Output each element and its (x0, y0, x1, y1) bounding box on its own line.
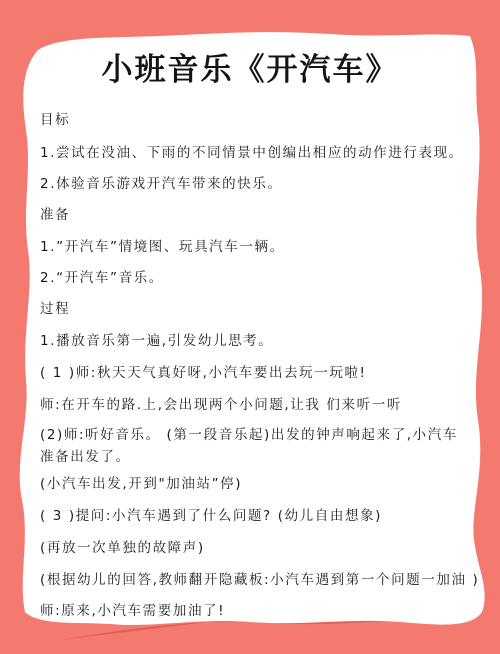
section-heading-process: 过程 (40, 297, 70, 317)
process-item-4: (2)师:听好音乐。 (第一段音乐起)出发的钟声响起来了,小汽车准备出发了。 (40, 424, 460, 468)
preparation-item-1: 1.”开汽车”情境图、玩具汽车一辆。 (40, 235, 285, 255)
preparation-item-2: 2.“开汽车”音乐。 (40, 266, 164, 286)
page-title: 小班音乐《开汽车》 (30, 48, 470, 92)
process-item-8: (根据幼儿的回答,教师翻开隐藏板:小汽车遇到第一个问题一加油 ) (40, 568, 479, 588)
process-item-7: (再放一次单独的故障声) (40, 536, 205, 556)
process-item-2: ( 1 )师:秋天天气真好呀,小汽车要出去玩一玩啦! (40, 361, 367, 381)
section-heading-goals: 目标 (40, 108, 70, 128)
document-content: 小班音乐《开汽车》 (40, 48, 470, 92)
process-item-3: 师:在开车的路.上,会出现两个小问题,让我 们来听一听 (40, 393, 402, 413)
goal-item-1: 1.尝试在没油、下雨的不同情景中创编出相应的动作进行表现。 (40, 141, 464, 161)
process-item-6: ( 3 )提问:小汽车遇到了什么问题? (幼儿自由想象) (40, 504, 382, 524)
goal-item-2: 2.体验音乐游戏开汽车带来的快乐。 (40, 172, 283, 192)
process-item-1: 1.播放音乐第一遍,引发幼儿思考。 (40, 329, 273, 349)
process-item-5: (小汽车出发,开到"加油站”停) (40, 472, 242, 492)
process-item-9: 师:原来,小汽车需要加油了! (40, 599, 225, 619)
section-heading-preparation: 准备 (40, 203, 70, 223)
